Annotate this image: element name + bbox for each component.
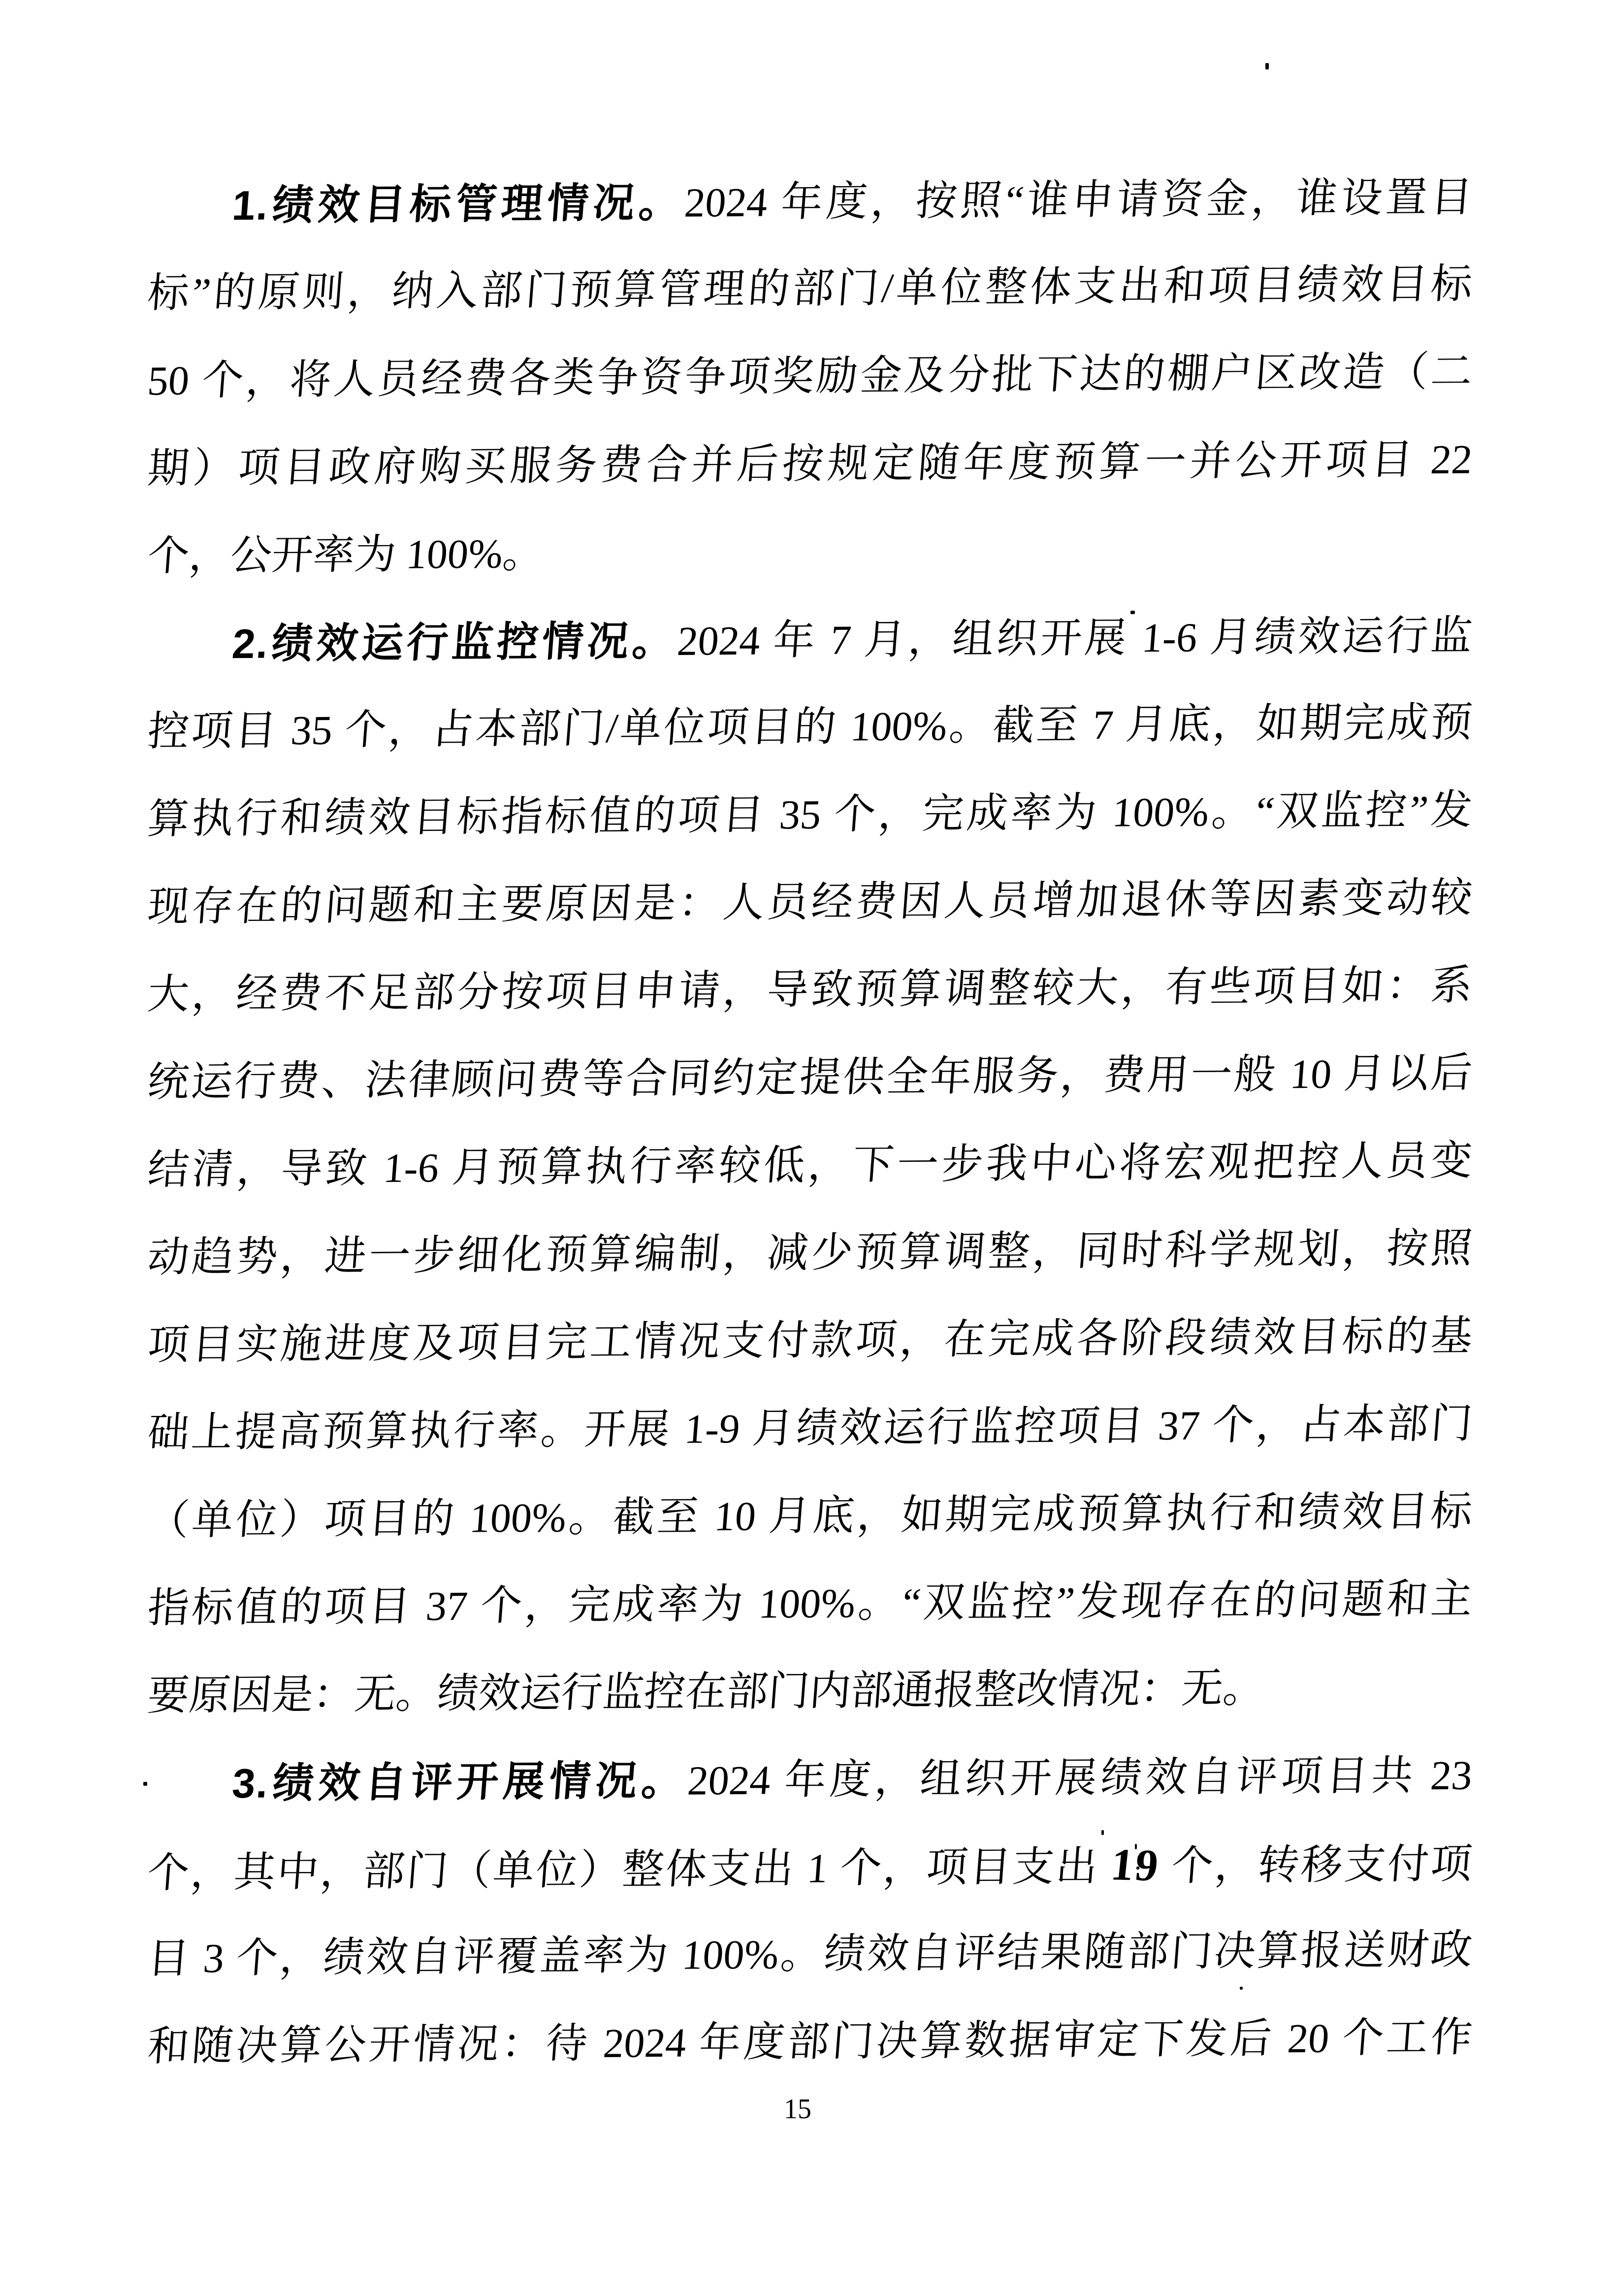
text-run: 个，其中，部门（单位）整体支出 1 个，项目支出 bbox=[146, 1844, 1113, 1897]
text-run: 2024 年度，按照“谁申请资金，谁设置目 bbox=[683, 175, 1474, 226]
text-run: 统运行费、法律顾问费等合同约定提供全年服务，费用一般 10 月以后 bbox=[146, 1050, 1474, 1106]
text-run: 动趋势，进一步细化预算编制，减少预算调整，同时科学规划，按照 bbox=[146, 1226, 1474, 1281]
text-line: 动趋势，进一步细化预算编制，减少预算调整，同时科学规划，按照 bbox=[144, 1205, 1475, 1302]
text-run: 结清，导致 1-6 月预算执行率较低，下一步我中心将宏观把控人员变 bbox=[146, 1138, 1474, 1193]
page-number: 15 bbox=[773, 2094, 822, 2125]
scan-speck bbox=[1101, 1830, 1104, 1835]
text-run: 个，转移支付项 bbox=[1158, 1841, 1474, 1889]
text-line: 要原因是：无。绩效运行监控在部门内部通报整改情况：无。 bbox=[144, 1643, 1475, 1740]
text-run: 要原因是：无。绩效运行监控在部门内部通报整改情况：无。 bbox=[146, 1666, 1266, 1719]
text-line: 目 3 个，绩效自评覆盖率为 100%。绩效自评结果随部门决算报送财政 bbox=[144, 1906, 1475, 2003]
text-line: 大，经费不足部分按项目申请，导致预算调整较大，有些项目如：系 bbox=[144, 942, 1475, 1039]
scan-speck bbox=[1240, 1987, 1243, 1990]
text-run: 2024 年 7 月，组织开展 1-6 月绩效运行监 bbox=[676, 613, 1474, 664]
text-line: 标”的原则，纳入部门预算管理的部门/单位整体支出和项目绩效目标 bbox=[144, 241, 1475, 338]
text-run: 础上提高预算执行率。开展 1-9 月绩效运行监控项目 37 个，占本部门 bbox=[146, 1401, 1474, 1456]
text-line: 算执行和绩效目标指标值的项目 35 个，完成率为 100%。“双监控”发 bbox=[144, 767, 1475, 864]
text-line: 结清，导致 1-6 月预算执行率较低，下一步我中心将宏观把控人员变 bbox=[144, 1117, 1475, 1214]
scanned-document-page: 1.绩效目标管理情况。2024 年度，按照“谁申请资金，谁设置目标”的原则，纳入… bbox=[0, 0, 1612, 2296]
section-heading-run: 3.绩效自评开展情况。 bbox=[230, 1757, 689, 1807]
text-line: 础上提高预算执行率。开展 1-9 月绩效运行监控项目 37 个，占本部门 bbox=[144, 1380, 1475, 1477]
text-line: （单位）项目的 100%。截至 10 月底，如期完成预算执行和绩效目标 bbox=[144, 1468, 1475, 1565]
text-run: 大，经费不足部分按项目申请，导致预算调整较大，有些项目如：系 bbox=[146, 963, 1474, 1018]
text-run: 指标值的项目 37 个，完成率为 100%。“双监控”发现存在的问题和主 bbox=[146, 1576, 1474, 1632]
text-line: 期）项目政府购买服务费合并后按规定随年度预算一并公开项目 22 bbox=[144, 416, 1475, 513]
text-run: 和随决算公开情况：待 2024 年度部门决算数据审定下发后 20 个工作 bbox=[146, 2015, 1474, 2070]
text-line: 50 个，将人员经费各类争资争项奖励金及分批下达的棚户区改造（二 bbox=[144, 328, 1475, 426]
text-line: 个，公开率为 100%。 bbox=[144, 504, 1475, 601]
text-line: 个，其中，部门（单位）整体支出 1 个，项目支出 19 个，转移支付项 bbox=[144, 1819, 1475, 1916]
scan-speck bbox=[143, 1782, 147, 1786]
text-line: 现存在的问题和主要原因是：人员经费因人员增加退休等因素变动较 bbox=[144, 854, 1475, 951]
text-run: 现存在的问题和主要原因是：人员经费因人员增加退休等因素变动较 bbox=[146, 875, 1474, 930]
text-run: 算执行和绩效目标指标值的项目 35 个，完成率为 100%。“双监控”发 bbox=[146, 787, 1474, 843]
text-line: 指标值的项目 37 个，完成率为 100%。“双监控”发现存在的问题和主 bbox=[144, 1556, 1475, 1653]
scan-speck bbox=[1265, 63, 1269, 69]
text-run: 目 3 个，绩效自评覆盖率为 100%。绩效自评结果随部门决算报送财政 bbox=[146, 1927, 1474, 1982]
document-text-block: 1.绩效目标管理情况。2024 年度，按照“谁申请资金，谁设置目标”的原则，纳入… bbox=[148, 158, 1472, 2086]
text-run: 项目实施进度及项目完工情况支付款项，在完成各阶段绩效目标的基 bbox=[146, 1313, 1474, 1369]
text-line: 3.绩效自评开展情况。2024 年度，组织开展绩效自评项目共 23 bbox=[144, 1731, 1475, 1828]
handwritten-number: 19 bbox=[1107, 1820, 1164, 1909]
text-run: （单位）项目的 100%。截至 10 月底，如期完成预算执行和绩效目标 bbox=[146, 1489, 1474, 1544]
scan-speck bbox=[1135, 1844, 1137, 1849]
text-line: 统运行费、法律顾问费等合同约定提供全年服务，费用一般 10 月以后 bbox=[144, 1030, 1475, 1127]
text-run: 标”的原则，纳入部门预算管理的部门/单位整体支出和项目绩效目标 bbox=[146, 262, 1474, 317]
text-run: 控项目 35 个，占本部门/单位项目的 100%。截至 7 月底，如期完成预 bbox=[146, 700, 1474, 755]
text-line: 2.绩效运行监控情况。2024 年 7 月，组织开展 1-6 月绩效运行监 bbox=[144, 591, 1475, 689]
scan-speck bbox=[1136, 1867, 1139, 1870]
text-line: 控项目 35 个，占本部门/单位项目的 100%。截至 7 月底，如期完成预 bbox=[144, 679, 1475, 776]
text-run: 2024 年度，组织开展绩效自评项目共 23 bbox=[686, 1753, 1474, 1804]
text-line: 和随决算公开情况：待 2024 年度部门决算数据审定下发后 20 个工作 bbox=[144, 1994, 1475, 2091]
text-line: 项目实施进度及项目完工情况支付款项，在完成各阶段绩效目标的基 bbox=[144, 1293, 1475, 1390]
section-heading-run: 2.绩效运行监控情况。 bbox=[230, 618, 679, 667]
text-run: 个，公开率为 100%。 bbox=[146, 531, 546, 580]
text-run: 50 个，将人员经费各类争资争项奖励金及分批下达的棚户区改造（二 bbox=[146, 349, 1474, 404]
section-heading-run: 1.绩效目标管理情况。 bbox=[230, 179, 686, 229]
text-run: 期）项目政府购买服务费合并后按规定随年度预算一并公开项目 22 bbox=[146, 437, 1474, 492]
scan-speck bbox=[1130, 611, 1135, 614]
text-line: 1.绩效目标管理情况。2024 年度，按照“谁申请资金，谁设置目 bbox=[144, 153, 1475, 250]
